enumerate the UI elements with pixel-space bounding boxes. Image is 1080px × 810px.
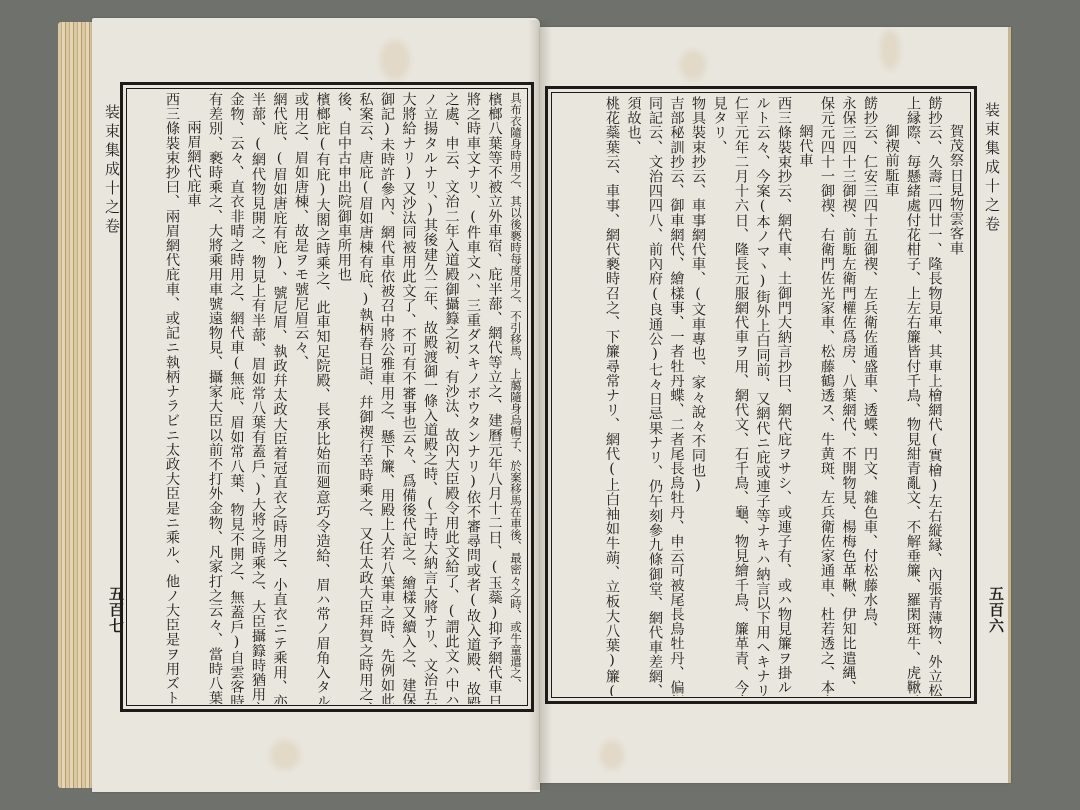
text-column: 上縁際、毎懸緒處付花柑子、上左右簾皆付千鳥、物見紺青亂文、不解垂簾、羅閑斑牛、虎… (902, 96, 924, 696)
left-page-number: 五百七 (106, 586, 127, 634)
paper-stain (270, 740, 300, 770)
text-column: 檳榔八葉等不被立外車宿、庇半蔀、網代等立之、建曆元年八月十二日、(玉蘂)抑予網代… (483, 92, 505, 704)
text-column: 御記)未時許參內、網代車依被召中將公雅車用之、懸下簾、用殿上人若八葉車之時、先例… (376, 92, 398, 704)
paper-stain (600, 740, 624, 770)
text-column: 見タリ、 (708, 96, 730, 696)
text-column: 大將給ナリ)又沙汰同被用此文了、不可有不審事也云々、爲備後代記之、繪樣又續入之、… (397, 92, 419, 704)
text-column: 具布衣隨身時用之、其以後褻時每度用之、不引移馬、上﨟隨身烏帽子、於案移馬在車後、… (505, 92, 527, 704)
text-column: 保元元四十一御禊、右衛門佐光家車、松藤鶴透ス、牛黄斑、左兵衛佐家通車、杜若透之、… (816, 96, 838, 696)
text-column: 之處、申云、文治二年入道殿御攝籙之初、有沙汰、故內大臣殿令用此文給了、(謂此文ハ… (440, 92, 462, 704)
text-column: 同記云、文治四四八、前內府(良通公)七々日忌果ナリ、仍午刻參九條御堂、網代車差網… (644, 96, 666, 696)
right-running-title: 装束集成十之卷 (982, 102, 1003, 235)
text-column: ルト云々、今案(本ノマヽ)街外上白同前、又網代ニ庇或連子等ナキハ納言以下用ヘキナ… (751, 96, 773, 696)
text-column: 御禊前駈車 (880, 96, 902, 696)
text-column: 永保三四十三御禊、前駈左衛門權佐爲房、八葉網代、不開物見、楊梅色革鞦、伊知比遣縄… (837, 96, 859, 696)
text-column: 餝抄云、仁安三四十五御禊、左兵衛佐通盛車、透蝶、円文、雜色車、付松藤水鳥、 (859, 96, 881, 696)
text-column: ノ立揚タルナリ、)其後建久二年、故殿渡御一條入道殿之時、(于時大納言大將ナリ、文… (419, 92, 441, 704)
text-column: 有差別、褻時乘之、大將乘用車號遠物見、攝家大臣以前不打外金物、凡家打之云々、當時… (204, 92, 226, 704)
paper-stain (380, 40, 410, 80)
paper-stain (680, 50, 706, 80)
right-page-number: 五百六 (986, 586, 1007, 634)
right-page-text: 賀茂祭日見物雲客車 餝抄云、久壽二四廿一、隆長物見車、其車上檜網代(實檜)左右縦… (552, 96, 966, 696)
text-column: 網代車 (794, 96, 816, 696)
text-column: 西三條裝束抄曰、兩眉網代庇車、或記ニ執柄ナラビニ太政大臣是ニ乘ル、他ノ大臣是ヲ用… (161, 92, 183, 704)
text-column: 網代庇、(眉如唐庇有庇)、號尼眉、執政幷太政大臣着冠直衣之時用之、小直衣ニテ乘用… (268, 92, 290, 704)
text-column: 將之時車文ナリ、(件車文ハ、三重ダスキノボウタンナリ)依不審尋問或者(故入道殿、… (462, 92, 484, 704)
text-column: 半蔀、(網代物見開之、物見上有半蔀、眉如常八葉有蓋戶、)大將之時乘之、大臣攝籙時… (247, 92, 269, 704)
text-column: 兩眉網代庇車 (182, 92, 204, 704)
text-column: 桃花蘂葉云、車事、網代褻時召之、下簾尋常ナリ、網代(上白袖如牛蒴、立板大八葉)簾… (601, 96, 623, 696)
text-column: 檳榔庇(有庇)大閤之時乘之、此車知足院殿、長承比始而廻意巧令造給、眉ハ常ノ眉角入… (311, 92, 333, 704)
left-page-text: 具布衣隨身時用之、其以後褻時每度用之、不引移馬、上﨟隨身烏帽子、於案移馬在車後、… (128, 92, 526, 704)
text-column: 物具裝束抄云、車事網代車、(文車專也、家々說々不同也) (687, 96, 709, 696)
text-column: 餝抄云、久壽二四廿一、隆長物見車、其車上檜網代(實檜)左右縦縁、內張青薄物、外立… (923, 96, 945, 696)
text-column: 後、自中古申出院御車所用也 (333, 92, 355, 704)
text-column: 或用之、眉如唐棟、故是ヲモ號尼眉云々、 (290, 92, 312, 704)
text-column: 金物、云々、直衣非晴之時用之、網代車(無庇、眉如常八葉、物見不開之、無蓋戶)自雲… (225, 92, 247, 704)
text-column: 私案云、唐庇(眉如唐棟有庇、)執柄春日詣、幷御禊行幸時乘之、又任太政大臣拜賀之時… (354, 92, 376, 704)
text-column: 吉部秘訓抄云、御車網代、繪樣事、一者牡丹蝶、二者尾長鳥牡丹、申云可被尾長鳥牡丹、… (665, 96, 687, 696)
text-column: 賀茂祭日見物雲客車 (945, 96, 967, 696)
text-column: 仁平元年二月十六日、隆長元服網代車ヲ用、網代文、石千鳥、龜、物見繪千鳥、簾革青、… (730, 96, 752, 696)
text-column: 須故也、 (622, 96, 644, 696)
text-column: 西三條裝束抄云、網代車、土御門大納言抄曰、網代庇ヲサシ、或連子有、或ハ物見簾ヲ掛… (773, 96, 795, 696)
left-running-title: 装束集成十之卷 (102, 104, 123, 237)
paper-stain (880, 30, 900, 70)
